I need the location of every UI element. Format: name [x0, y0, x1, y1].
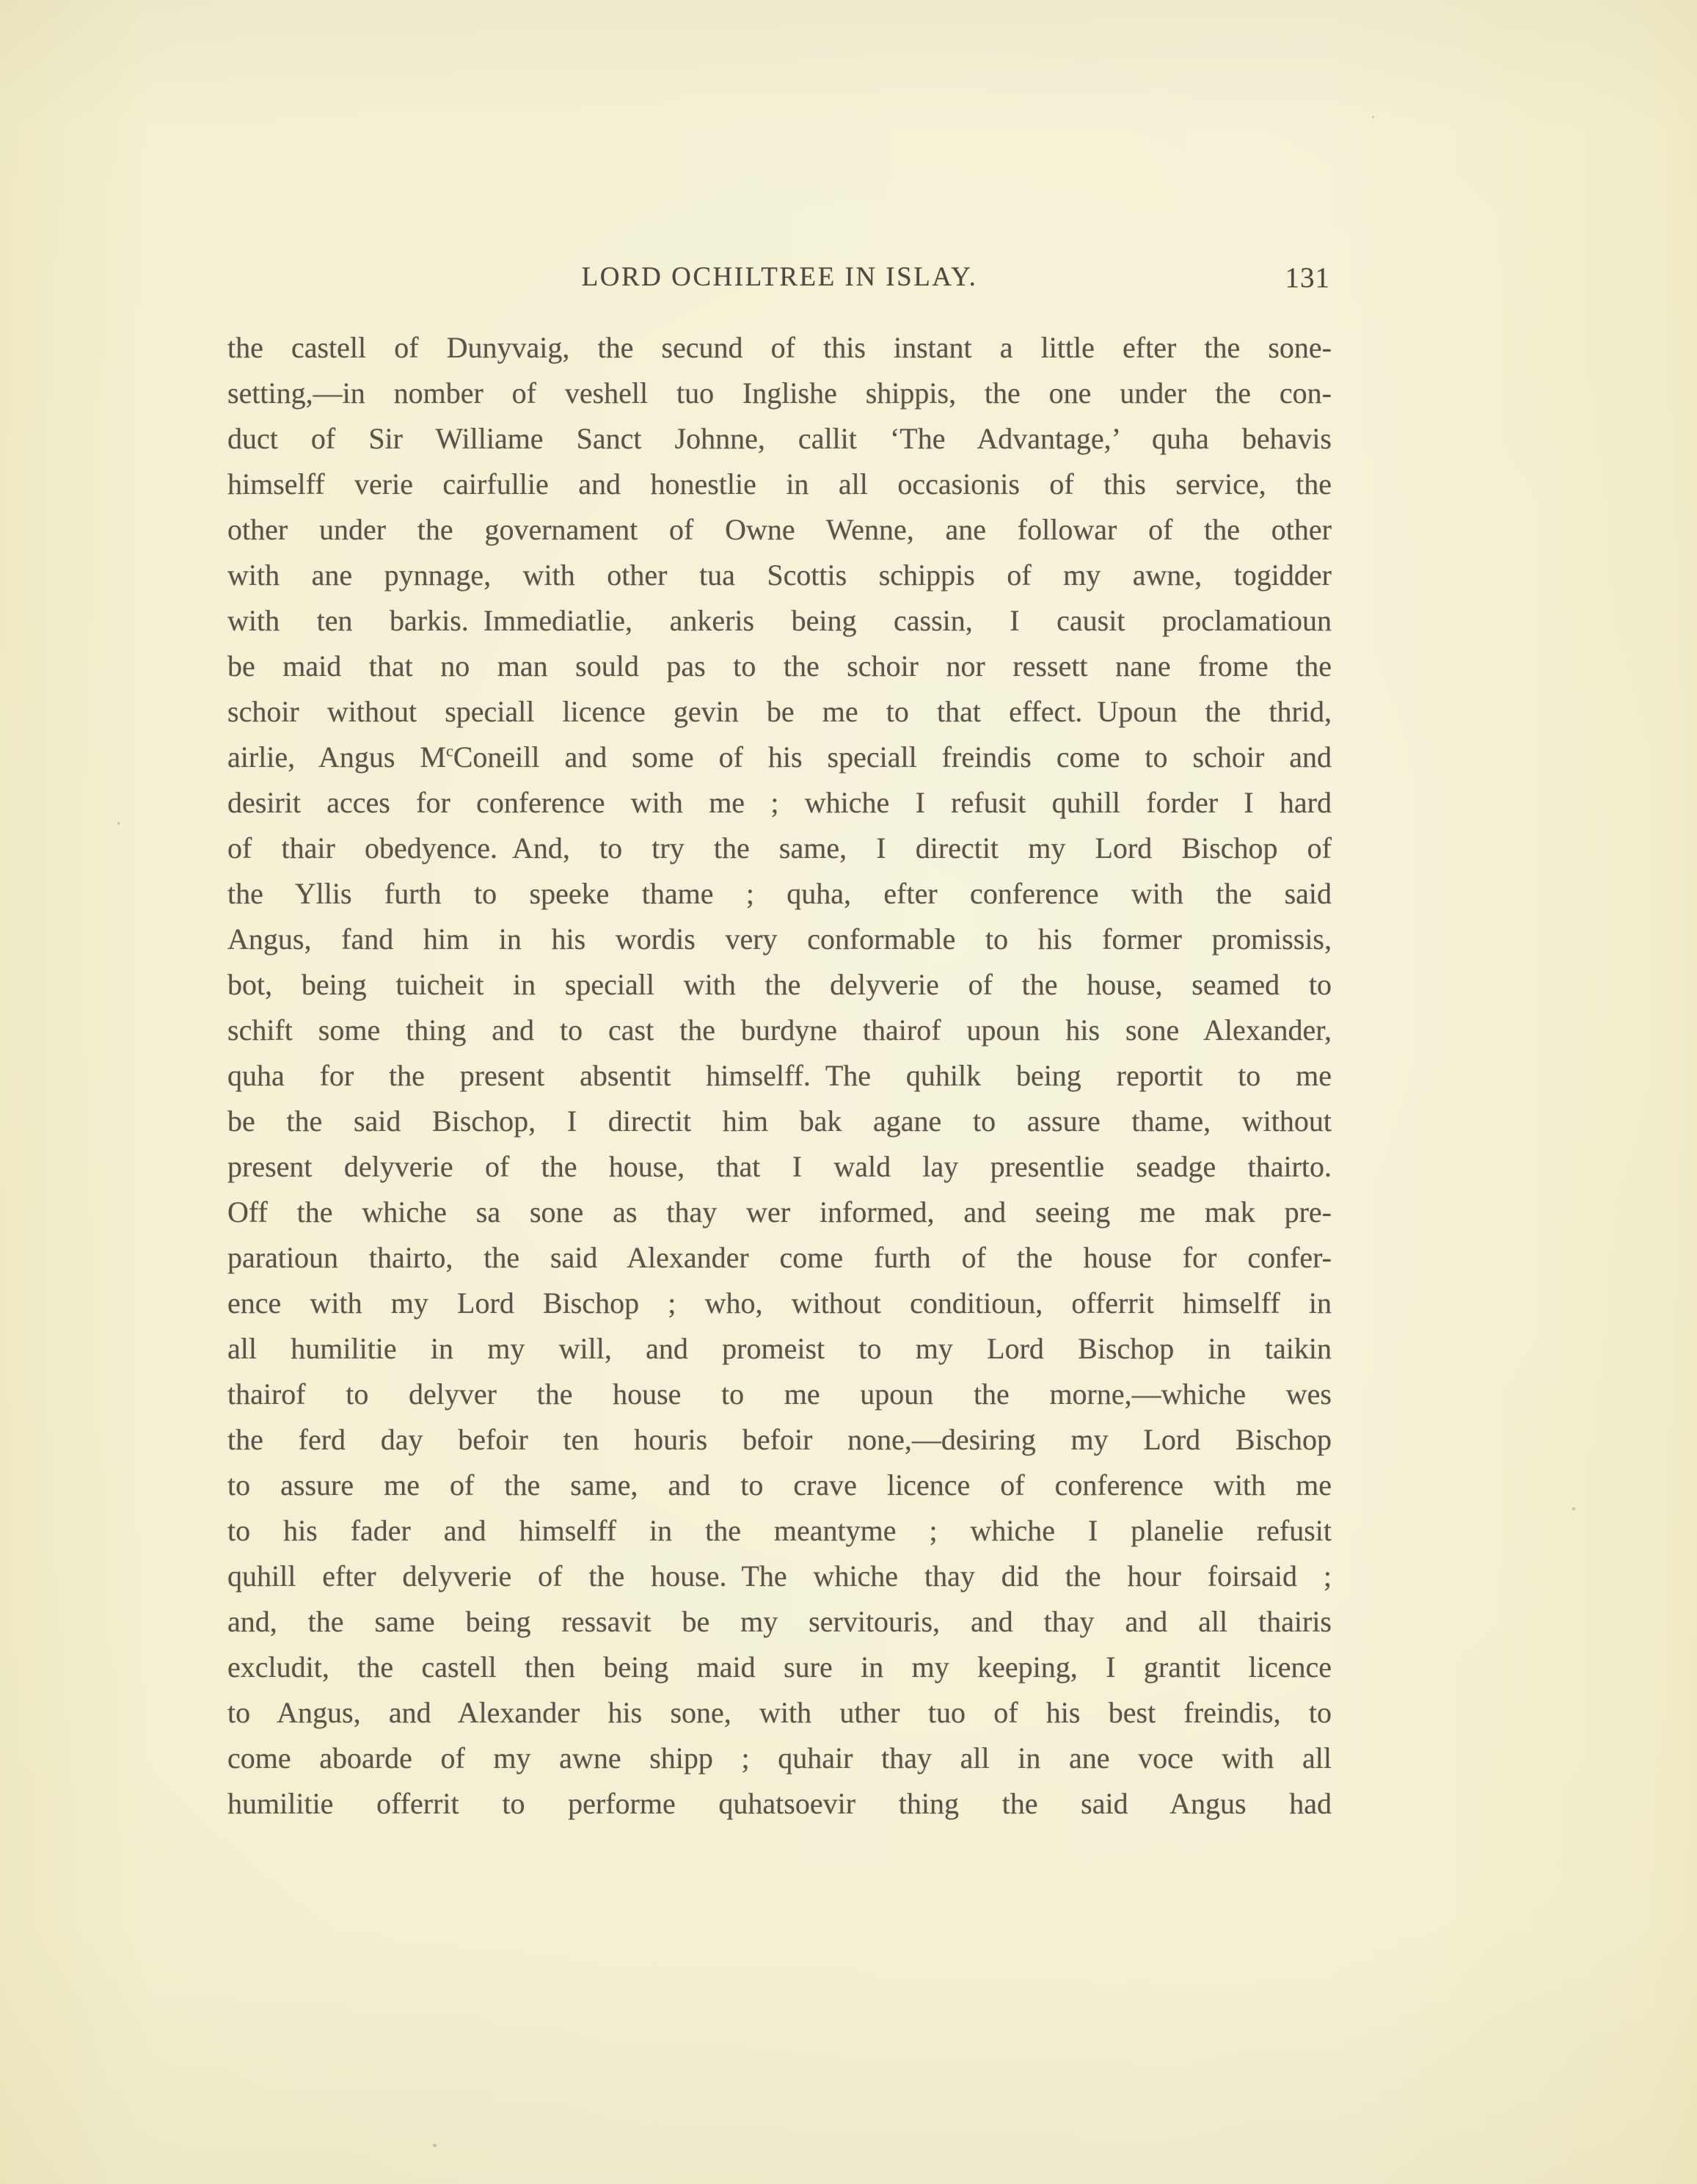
scanned-book-page: LORD OCHILTREE IN ISLAY. 131 the castell… — [0, 0, 1697, 2184]
text-line: quhill efter delyverie of the house. The… — [227, 1554, 1332, 1599]
text-line: bot, being tuicheit in speciall with the… — [227, 962, 1332, 1008]
text-line: to assure me of the same, and to crave l… — [227, 1463, 1332, 1508]
text-line: humilitie offerrit to performe quhatsoev… — [227, 1781, 1332, 1827]
body-text: the castell of Dunyvaig, the secund of t… — [227, 325, 1332, 1827]
text-line: setting,—in nomber of veshell tuo Inglis… — [227, 371, 1332, 416]
text-line: Angus, fand him in his wordis very confo… — [227, 917, 1332, 962]
text-line: schoir without speciall licence gevin be… — [227, 689, 1332, 735]
text-line: with ane pynnage, with other tua Scottis… — [227, 553, 1332, 598]
text-line: to Angus, and Alexander his sone, with u… — [227, 1690, 1332, 1736]
paper-speck — [433, 2144, 437, 2147]
page-number: 131 — [1285, 261, 1331, 294]
text-line: paratioun thairto, the said Alexander co… — [227, 1235, 1332, 1281]
text-line: all humilitie in my will, and promeist t… — [227, 1326, 1332, 1372]
text-line: Off the whiche sa sone as thay wer infor… — [227, 1190, 1332, 1235]
text-line: airlie, Angus McConeill and some of his … — [227, 735, 1332, 780]
paper-speck — [117, 822, 120, 825]
text-line: the Yllis furth to speeke thame ; quha, … — [227, 871, 1332, 917]
text-line: desirit acces for conference with me ; w… — [227, 780, 1332, 826]
text-line: schift some thing and to cast the burdyn… — [227, 1008, 1332, 1053]
text-line: excludit, the castell then being maid su… — [227, 1645, 1332, 1690]
text-line: be the said Bischop, I directit him bak … — [227, 1099, 1332, 1144]
text-line: the castell of Dunyvaig, the secund of t… — [227, 325, 1332, 371]
text-line: duct of Sir Williame Sanct Johnne, calli… — [227, 416, 1332, 462]
text-line: present delyverie of the house, that I w… — [227, 1144, 1332, 1190]
text-line: thairof to delyver the house to me upoun… — [227, 1372, 1332, 1417]
page-header: LORD OCHILTREE IN ISLAY. 131 — [227, 261, 1332, 299]
text-line: the ferd day befoir ten houris befoir no… — [227, 1417, 1332, 1463]
text-line: quha for the present absentit himselff. … — [227, 1053, 1332, 1099]
text-line: of thair obedyence. And, to try the same… — [227, 826, 1332, 871]
text-line: himselff verie cairfullie and honestlie … — [227, 462, 1332, 507]
text-line: ence with my Lord Bischop ; who, without… — [227, 1281, 1332, 1326]
text-line: other under the governament of Owne Wenn… — [227, 507, 1332, 553]
running-title: LORD OCHILTREE IN ISLAY. — [227, 261, 1332, 293]
text-line: with ten barkis. Immediatlie, ankeris be… — [227, 598, 1332, 644]
paper-speck — [1572, 1507, 1575, 1510]
text-line: to his fader and himselff in the meantym… — [227, 1508, 1332, 1554]
text-line: and, the same being ressavit be my servi… — [227, 1599, 1332, 1645]
paper-speck — [1372, 116, 1374, 118]
text-line: come aboarde of my awne shipp ; quhair t… — [227, 1736, 1332, 1781]
text-line: be maid that no man sould pas to the sch… — [227, 644, 1332, 689]
